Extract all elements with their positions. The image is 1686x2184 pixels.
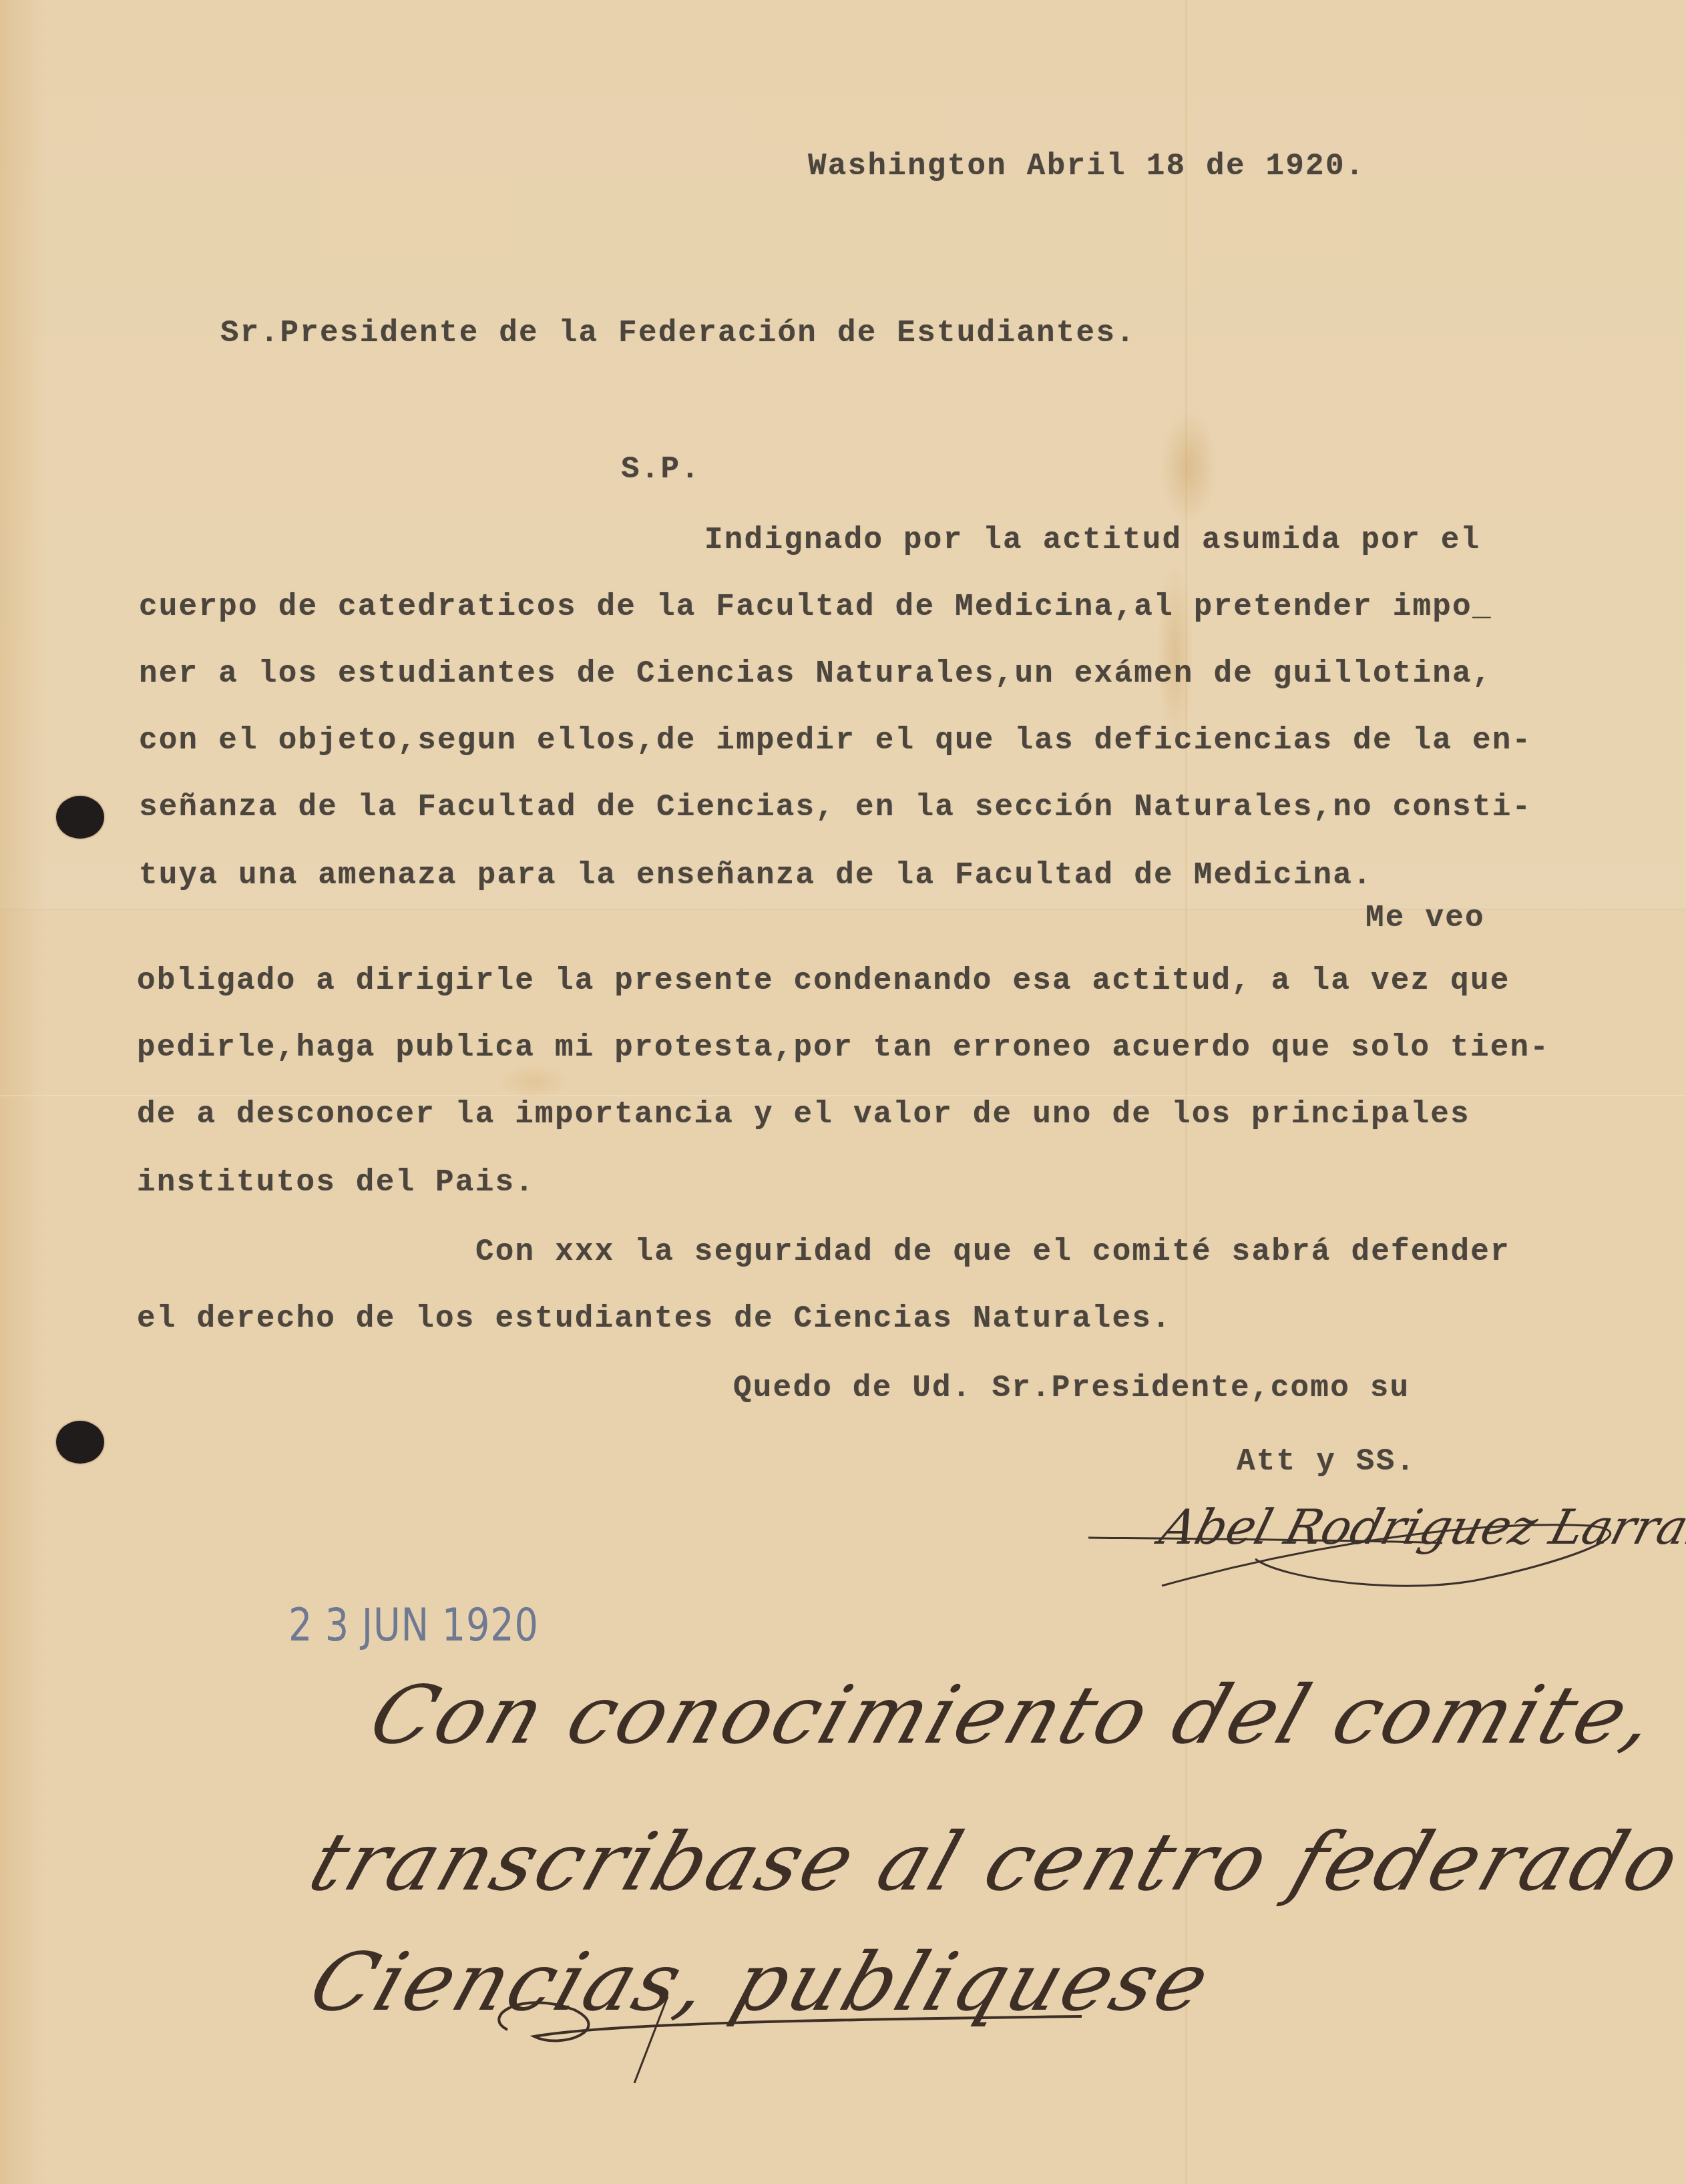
body-line: con el objeto,segun ellos,de impedir el … <box>139 725 1532 756</box>
closing-line: Quedo de Ud. Sr.Presidente,como su <box>733 1373 1410 1403</box>
signature-text: Abel Rodriguez Larrain <box>1154 1499 1686 1555</box>
punch-hole-icon <box>56 1421 104 1464</box>
body-line: el derecho de los estudiantes de Ciencia… <box>137 1303 1172 1334</box>
body-line: tuya una amenaza para la enseñanza de la… <box>139 860 1373 891</box>
handwritten-flourish-icon <box>481 1990 1082 2083</box>
paper-fold-horizontal <box>0 1095 1686 1096</box>
body-line: ner a los estudiantes de Ciencias Natura… <box>139 658 1492 689</box>
body-line: Indignado por la actitud asumida por el <box>704 525 1480 556</box>
body-line: Con xxx la seguridad de que el comité sa… <box>475 1237 1510 1267</box>
addressee: Sr.Presidente de la Federación de Estudi… <box>220 318 1136 349</box>
handwritten-line: transcribase al centro federado de <box>298 1816 1686 1909</box>
body-line: institutos del Pais. <box>137 1167 535 1198</box>
punch-hole-icon <box>56 796 104 839</box>
body-line: obligado a dirigirle la presente condena… <box>137 965 1510 996</box>
dateline: Washington Abril 18 de 1920. <box>808 151 1365 182</box>
signature: Abel Rodriguez Larrain <box>1082 1479 1669 1612</box>
handwritten-line: Con conocimiento del comite, <box>359 1669 1670 1762</box>
body-line: Me veo <box>1365 903 1485 933</box>
received-date-stamp: 2 3 JUN 1920 <box>288 1599 539 1652</box>
body-line: de a desconocer la importancia y el valo… <box>137 1099 1470 1130</box>
closing-line: Att y SS. <box>1237 1446 1416 1477</box>
body-line: pedirle,haga publica mi protesta,por tan… <box>137 1032 1550 1063</box>
salutation: S.P. <box>621 454 700 485</box>
body-line: señanza de la Facultad de Ciencias, en l… <box>139 792 1532 823</box>
body-line: cuerpo de catedraticos de la Facultad de… <box>139 592 1492 622</box>
